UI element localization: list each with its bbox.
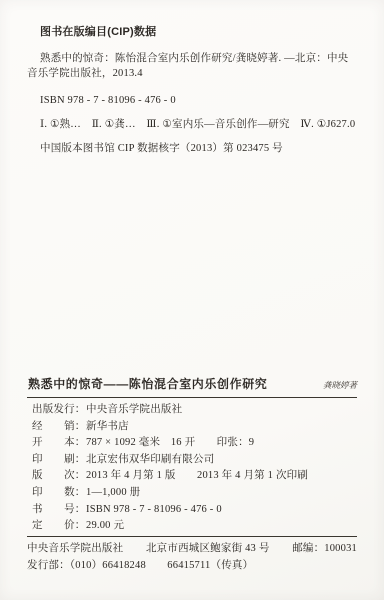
colophon-row-value: 787 × 1092 毫米 16 开 印张：9: [86, 435, 357, 452]
colophon-row-label: 定 价：: [32, 518, 86, 535]
colophon-block: 出版发行： 中央音乐学院出版社 经 销： 新华书店 开 本： 787 × 109…: [32, 402, 357, 535]
publisher-name: 中央音乐学院出版社: [27, 541, 123, 558]
distribution-phone-line: 发行部：（010）66418248 66415711（传真）: [27, 558, 357, 575]
colophon-row-format: 开 本： 787 × 1092 毫米 16 开 印张：9: [32, 435, 357, 452]
cip-record-line: 中国版本图书馆 CIP 数据核字（2013）第 023475 号: [40, 139, 357, 158]
title-bar: 熟悉中的惊奇——陈怡混合室内乐创作研究 龚晓婷著: [28, 375, 357, 392]
colophon-row-value: 2013 年 4 月第 1 版 2013 年 4 月第 1 次印刷: [86, 468, 357, 485]
author-byline: 龚晓婷著: [323, 379, 357, 392]
colophon-row-label: 版 次：: [32, 468, 86, 485]
divider-bottom: [27, 536, 357, 537]
colophon-row-price: 定 价： 29.00 元: [32, 518, 357, 535]
colophon-row-publisher: 出版发行： 中央音乐学院出版社: [32, 402, 357, 419]
cip-data-block: 图书在版编目(CIP)数据 熟悉中的惊奇：陈怡混合室内乐创作研究/龚晓婷著. —…: [27, 25, 357, 163]
colophon-row-value: ISBN 978 - 7 - 81096 - 476 - 0: [86, 502, 357, 519]
divider-top: [27, 397, 357, 398]
footer-block: 中央音乐学院出版社 北京市西城区鲍家街 43 号 邮编：100031 发行部：（…: [27, 541, 357, 574]
colophon-row-label: 开 本：: [32, 435, 86, 452]
colophon-row-value: 1—1,000 册: [86, 485, 357, 502]
colophon-row-value: 北京宏伟双华印刷有限公司: [86, 452, 357, 469]
colophon-row-label: 印 数：: [32, 485, 86, 502]
book-title: 熟悉中的惊奇——陈怡混合室内乐创作研究: [28, 375, 267, 392]
colophon-row-edition: 版 次： 2013 年 4 月第 1 版 2013 年 4 月第 1 次印刷: [32, 468, 357, 485]
postcode: 邮编：100031: [292, 541, 357, 558]
cip-header: 图书在版编目(CIP)数据: [40, 25, 357, 41]
colophon-row-value: 29.00 元: [86, 518, 357, 535]
colophon-row-label: 印 刷：: [32, 452, 86, 469]
colophon-row-label: 出版发行：: [32, 402, 86, 419]
classification-line: Ⅰ. ①熟… Ⅱ. ①龚… Ⅲ. ①室内乐—音乐创作—研究 Ⅳ. ①J627.0: [40, 115, 357, 134]
cip-catalog-entry: 熟悉中的惊奇：陈怡混合室内乐创作研究/龚晓婷著. —北京：中央音乐学院出版社，2…: [27, 51, 357, 82]
colophon-row-distribution: 经 销： 新华书店: [32, 419, 357, 436]
colophon-row-printing: 印 刷： 北京宏伟双华印刷有限公司: [32, 452, 357, 469]
colophon-row-print-run: 印 数： 1—1,000 册: [32, 485, 357, 502]
publisher-address: 北京市西城区鲍家街 43 号: [146, 541, 270, 558]
colophon-row-isbn: 书 号： ISBN 978 - 7 - 81096 - 476 - 0: [32, 502, 357, 519]
colophon-row-label: 经 销：: [32, 419, 86, 436]
colophon-row-value: 中央音乐学院出版社: [86, 402, 357, 419]
colophon-row-value: 新华书店: [86, 419, 357, 436]
copyright-page: 图书在版编目(CIP)数据 熟悉中的惊奇：陈怡混合室内乐创作研究/龚晓婷著. —…: [0, 0, 384, 600]
colophon-row-label: 书 号：: [32, 502, 86, 519]
footer-contact-line: 中央音乐学院出版社 北京市西城区鲍家街 43 号 邮编：100031: [27, 541, 357, 558]
isbn-line: ISBN 978 - 7 - 81096 - 476 - 0: [40, 91, 357, 110]
